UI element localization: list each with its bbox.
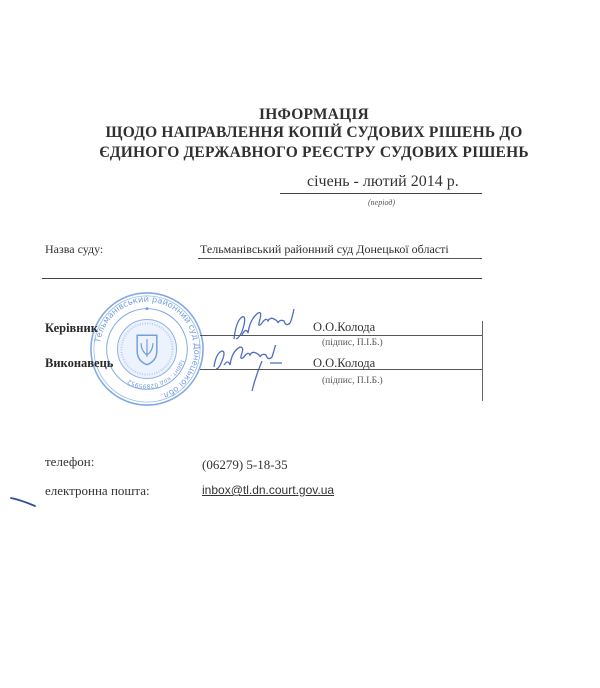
signature-line-head <box>200 335 482 336</box>
section-divider <box>42 278 482 279</box>
period-underline <box>280 193 482 194</box>
court-name: Тельманівський районний суд Донецької об… <box>200 242 449 257</box>
court-stamp-icon: Тельманівський районний суд Донецької об… <box>88 290 206 408</box>
phone-value: (06279) 5-18-35 <box>202 457 288 473</box>
signature-block-border <box>482 321 483 401</box>
court-label: Назва суду: <box>45 242 103 257</box>
role-label-head: Керівник <box>45 321 98 336</box>
document-title-line-2: ЩОДО НАПРАВЛЕННЯ КОПІЙ СУДОВИХ РІШЕНЬ ДО <box>14 124 600 142</box>
document-title-line-3: ЄДИНОГО ДЕРЖАВНОГО РЕЄСТРУ СУДОВИХ РІШЕН… <box>14 144 600 162</box>
head-name: О.О.Колода <box>313 320 375 335</box>
signature-executor-icon <box>210 345 290 397</box>
executor-caption: (підпис, П.І.Б.) <box>322 376 383 386</box>
period-value: січень - лютий 2014 р. <box>307 173 459 191</box>
head-caption: (підпис, П.І.Б.) <box>322 338 383 348</box>
email-label: електронна пошта: <box>45 483 150 499</box>
executor-name: О.О.Колода <box>313 356 375 371</box>
period-caption: (період) <box>368 198 395 207</box>
pen-mark-icon <box>8 494 38 508</box>
document-title-line-1: ІНФОРМАЦІЯ <box>14 106 600 124</box>
phone-label: телефон: <box>45 454 94 470</box>
email-link[interactable]: inbox@tl.dn.court.gov.ua <box>202 483 334 497</box>
role-label-executor: Виконавець <box>45 356 113 371</box>
court-underline <box>198 258 482 259</box>
signature-head-icon <box>228 305 303 347</box>
